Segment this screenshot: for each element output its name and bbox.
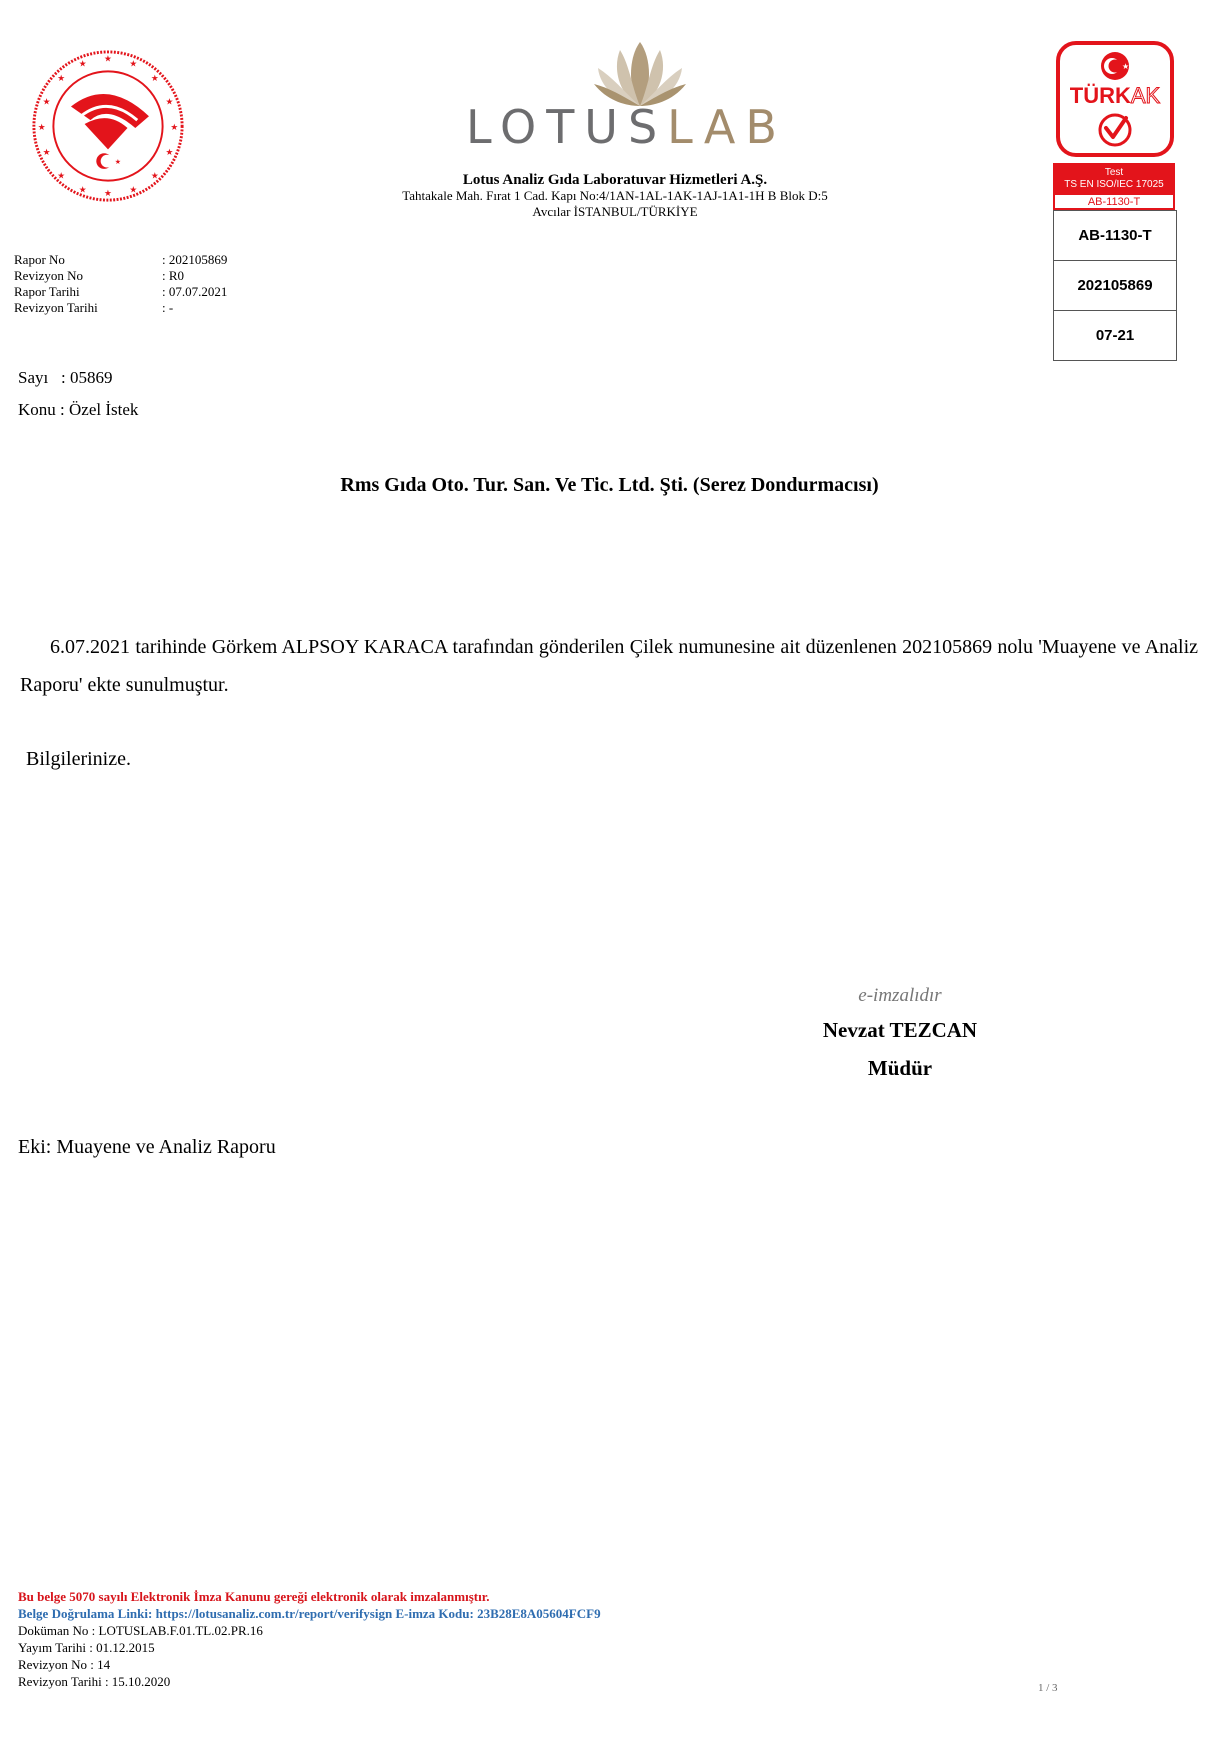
publish-date: Yayım Tarihi : 01.12.2015 [18,1639,601,1656]
meta-value: : R0 [162,268,184,284]
standard-label: TS EN ISO/IEC 17025 [1053,179,1175,191]
svg-text:★: ★ [57,172,65,182]
turkak-accreditation-icon: ★ TÜRKAK [1055,40,1175,158]
lotus-logo-icon [590,40,690,108]
company-header: Lotus Analiz Gıda Laboratuvar Hizmetleri… [380,172,850,220]
meta-row-revision-date: Revizyon Tarihi : - [14,300,227,316]
code-cell-date: 07-21 [1054,310,1176,360]
meta-row-revision-no: Revizyon No : R0 [14,268,227,284]
svg-text:TÜRKAK: TÜRKAK [1070,83,1161,108]
attachment-note: Eki: Muayene ve Analiz Raporu [18,1136,276,1159]
meta-row-report-date: Rapor Tarihi : 07.07.2021 [14,284,227,300]
company-address-line-2: Avcılar İSTANBUL/TÜRKİYE [380,204,850,220]
svg-text:★: ★ [43,98,51,108]
report-meta: Rapor No : 202105869 Revizyon No : R0 Ra… [14,252,227,316]
test-label: Test [1053,167,1175,179]
svg-text:★: ★ [38,123,46,133]
svg-text:★: ★ [104,189,112,199]
ministry-seal-icon: ★ ★ ★ ★ ★ ★ ★ ★ ★ ★ ★ ★ ★ ★ ★ ★ ★ [30,48,186,204]
signer-title: Müdür [800,1050,1000,1086]
recipient-title: Rms Gıda Oto. Tur. San. Ve Tic. Ltd. Şti… [0,474,1219,497]
svg-text:★: ★ [43,148,51,158]
revision-no: Revizyon No : 14 [18,1656,601,1673]
svg-text:★: ★ [129,185,137,195]
verification-link[interactable]: Belge Doğrulama Linki: https://lotusanal… [18,1605,601,1622]
konu-line: Konu : Özel İstek [18,394,138,426]
meta-label: Rapor Tarihi [14,284,162,300]
svg-text:★: ★ [104,55,112,65]
turkak-test-label: Test TS EN ISO/IEC 17025 AB-1130-T [1053,163,1175,210]
meta-value: : 07.07.2021 [162,284,227,300]
svg-text:★: ★ [115,158,121,166]
letter-body: 6.07.2021 tarihinde Görkem ALPSOY KARACA… [20,628,1198,704]
lotuslab-wordmark: LOTUSLAB [466,104,787,150]
meta-value: : - [162,300,173,316]
svg-text:★: ★ [151,172,159,182]
svg-text:★: ★ [1122,62,1129,71]
meta-label: Revizyon Tarihi [14,300,162,316]
svg-text:★: ★ [79,185,87,195]
svg-text:★: ★ [57,74,65,84]
svg-text:★: ★ [165,98,173,108]
code-cell-report-no: 202105869 [1054,260,1176,310]
doc-no: Doküman No : LOTUSLAB.F.01.TL.02.PR.16 [18,1622,601,1639]
esign-legal-notice: Bu belge 5070 sayılı Elektronik İmza Kan… [18,1588,601,1605]
sayi-line: Sayı : 05869 [18,362,138,394]
svg-text:★: ★ [165,148,173,158]
closing-text: Bilgilerinize. [26,748,131,771]
signature-block: e-imzalıdır Nevzat TEZCAN Müdür [800,982,1000,1086]
letter-reference: Sayı : 05869 Konu : Özel İstek [18,362,138,426]
accreditation-code: AB-1130-T [1055,195,1173,208]
accreditation-code-table: AB-1130-T 202105869 07-21 [1053,210,1177,361]
svg-text:★: ★ [170,123,178,133]
revision-date: Revizyon Tarihi : 15.10.2020 [18,1673,601,1690]
document-footer: Bu belge 5070 sayılı Elektronik İmza Kan… [18,1588,601,1690]
logo-word-lab: LAB [667,100,787,154]
meta-label: Rapor No [14,252,162,268]
logo-word-lotus: LOTUS [466,100,667,154]
code-cell-accreditation: AB-1130-T [1054,210,1176,260]
svg-text:★: ★ [151,74,159,84]
svg-text:★: ★ [129,60,137,70]
company-name: Lotus Analiz Gıda Laboratuvar Hizmetleri… [380,172,850,188]
meta-row-report-no: Rapor No : 202105869 [14,252,227,268]
svg-text:★: ★ [79,60,87,70]
signer-name: Nevzat TEZCAN [800,1010,1000,1050]
page-number: 1 / 3 [1038,1682,1058,1694]
meta-value: : 202105869 [162,252,227,268]
esign-note: e-imzalıdır [800,982,1000,1010]
meta-label: Revizyon No [14,268,162,284]
company-address-line-1: Tahtakale Mah. Fırat 1 Cad. Kapı No:4/1A… [380,188,850,204]
